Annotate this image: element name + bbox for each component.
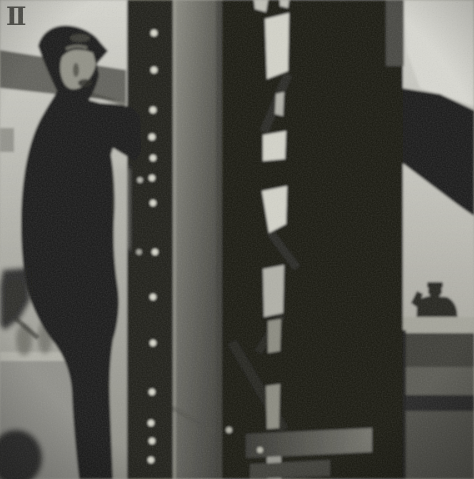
film-still: II xyxy=(0,0,474,479)
vignette xyxy=(0,0,474,479)
photo-canvas: II xyxy=(0,0,474,479)
